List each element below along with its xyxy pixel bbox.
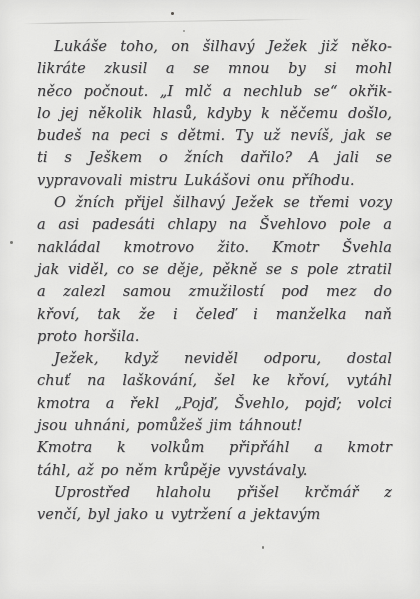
handwritten-line: O žních přijel šilhavý Ježek se třemi vo…: [37, 192, 392, 214]
handwritten-line: ti s Ješkem o žních dařilo? A jali se: [37, 147, 392, 169]
handwritten-line: venčí, byl jako u vytržení a jektavým: [37, 504, 392, 526]
handwritten-line: budeš na peci s dětmi. Ty už nevíš, jak …: [37, 125, 392, 147]
handwritten-line: likráte zkusil a se mnou by si mohl: [37, 58, 392, 80]
handwritten-line: něco počnout. „I mlč a nechlub se“ okřik…: [37, 81, 392, 103]
dust-speck: [262, 546, 264, 549]
handwritten-line: jak viděl, co se děje, pěkně se s pole z…: [37, 259, 392, 281]
handwritten-line: a zalezl samou zmužilostí pod mez do: [37, 281, 392, 303]
handwritten-line: křoví, tak že i čeleď i manželka naň: [37, 304, 392, 326]
dust-speck: [10, 241, 13, 244]
handwritten-line: vypravovali mistru Lukášovi onu příhodu.: [37, 170, 392, 192]
handwritten-line: proto horšila.: [37, 326, 392, 348]
handwritten-line: kmotra a řekl „Pojď, Švehlo, pojď; volci: [37, 393, 392, 415]
scanned-page: Lukáše toho, on šilhavý Ježek již něko-l…: [0, 0, 420, 599]
handwritten-line: chuť na laškování, šel ke křoví, vytáhl: [37, 370, 392, 392]
handwritten-line: Ježek, když neviděl odporu, dostal: [37, 348, 392, 370]
scan-crease-line: [22, 19, 314, 25]
handwritten-line: Kmotra k volkům připřáhl a kmotr: [37, 437, 392, 459]
handwritten-text-block: Lukáše toho, on šilhavý Ježek již něko-l…: [37, 36, 392, 527]
handwritten-line: táhl, až po něm krůpěje vyvstávaly.: [37, 460, 392, 482]
handwritten-line: jsou uhnáni, pomůžeš jim táhnout!: [37, 415, 392, 437]
handwritten-line: Lukáše toho, on šilhavý Ježek již něko-: [37, 36, 392, 58]
handwritten-line: lo jej několik hlasů, kdyby k něčemu doš…: [37, 103, 392, 125]
dust-speck: [183, 30, 185, 32]
dust-speck: [171, 12, 174, 15]
handwritten-line: Uprostřed hlaholu přišel krčmář z: [37, 482, 392, 504]
handwritten-line: a asi padesáti chlapy na Švehlovo pole a: [37, 214, 392, 236]
handwritten-line: nakládal kmotrovo žito. Kmotr Švehla: [37, 237, 392, 259]
